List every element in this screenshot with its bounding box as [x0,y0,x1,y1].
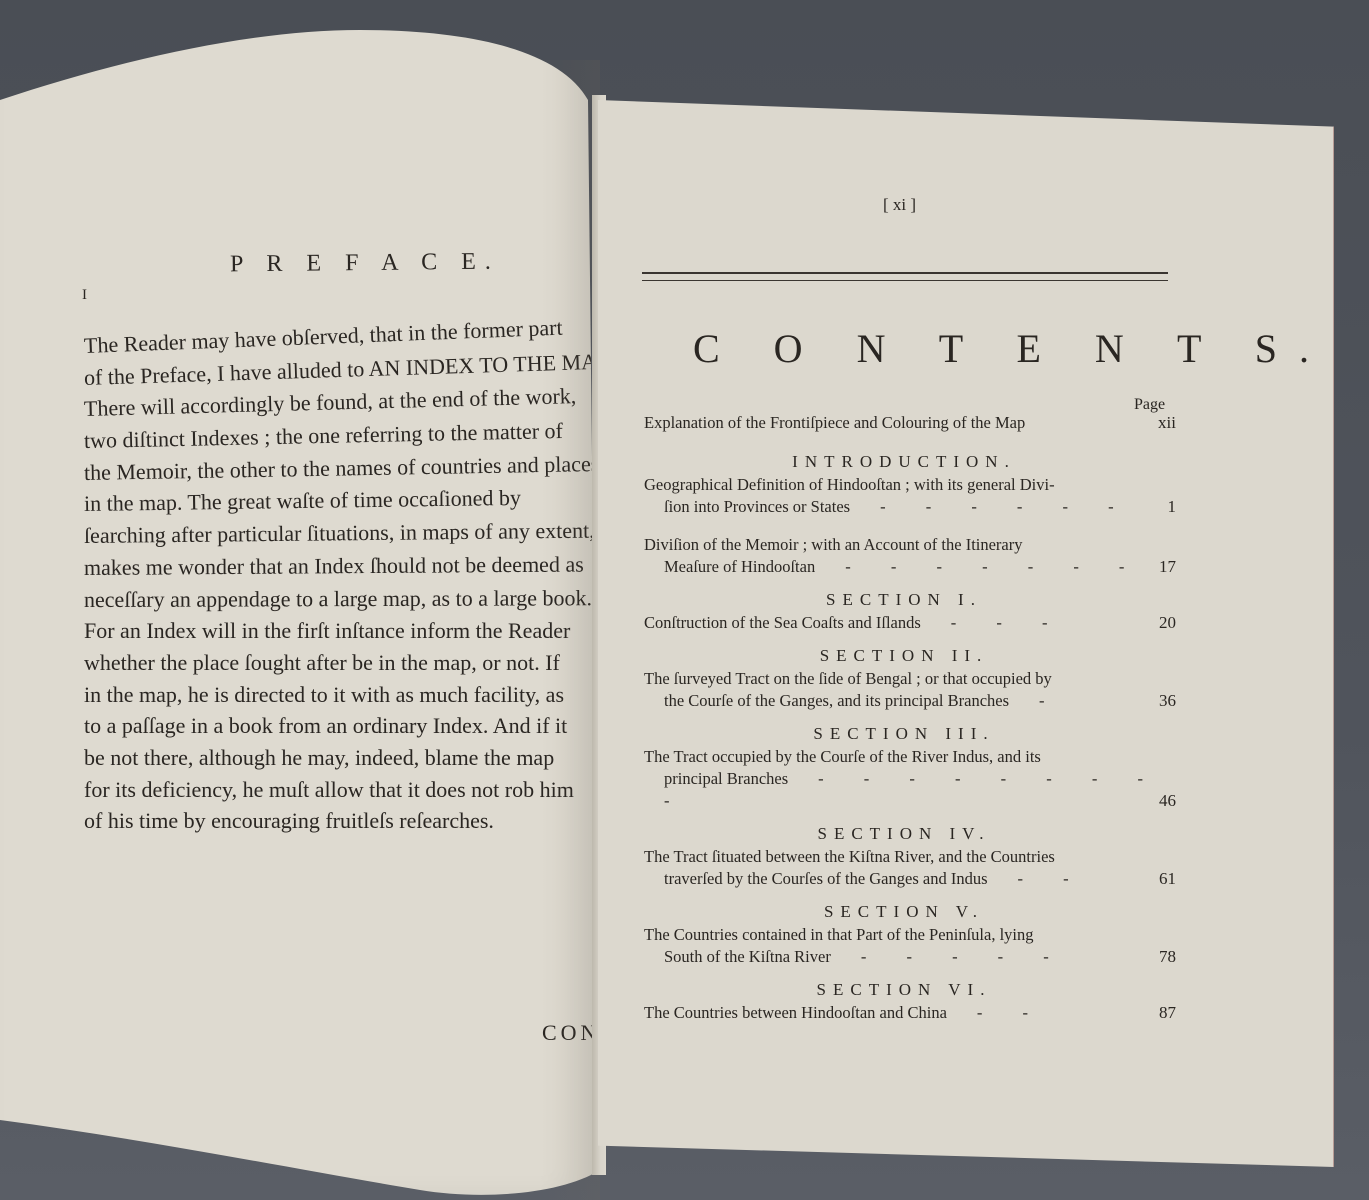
toc-entry: The Countries contained in that Part of … [644,924,1184,968]
toc-entry-line2: Meaſure of Hindooſtan [664,557,815,576]
preface-line: in the map, he is directed to it with as… [84,679,599,711]
leader-dashes: - - - - - - - [815,557,1142,576]
preface-line: makes me wonder that an Index ſhould not… [84,548,599,583]
leader-dashes: - - [988,869,1087,888]
toc-entry-text: Conſtruction of the Sea Coaſts and Iſlan… [644,612,1144,634]
toc-entry: Explanation of the Frontiſpiece and Colo… [644,412,1184,434]
toc-entry-page: 61 [1159,868,1176,890]
toc-entry-text: The Countries between Hindooſtan and Chi… [644,1002,1144,1024]
toc-entry-page: 46 [1159,790,1176,812]
toc-entry: The Countries between Hindooſtan and Chi… [644,1002,1184,1024]
toc-entry: The ſurveyed Tract on the ſide of Bengal… [644,668,1184,712]
toc-entry-text: Diviſion of the Memoir ; with an Account… [644,534,1144,556]
toc-entry-line2: traverſed by the Courſes of the Ganges a… [664,869,988,888]
preface-line: in the map. The great waſte of time occa… [84,481,599,520]
toc-entry-text-continued: Meaſure of Hindooſtan- - - - - - - [644,556,1184,578]
left-page-preface: P R E F A C E. I The Reader may have obſ… [0,0,600,1200]
toc-section-heading: SECTION II. [644,646,1164,666]
preface-line: ſearching after particular ſituations, i… [84,515,599,552]
toc-entry-page: xii [1158,412,1176,434]
toc-entry-text-continued: ſion into Provinces or States- - - - - - [644,496,1184,518]
leader-dashes: - - - - - [831,947,1067,966]
preface-line: of his time by encouraging fruitleſs reſ… [84,805,599,837]
toc-entry-line2: principal Branches [664,769,788,788]
toc-section-heading: INTRODUCTION. [644,452,1164,472]
preface-line: whether the place ſought after be in the… [84,647,599,679]
toc-entry: Conſtruction of the Sea Coaſts and Iſlan… [644,612,1184,634]
toc-entry-line2: ſion into Provinces or States [664,497,850,516]
margin-marker: I [82,287,87,304]
preface-line: to a paſſage in a book from an ordinary … [84,710,599,742]
preface-title: P R E F A C E. [230,249,500,279]
toc-entry-text: Geographical Definition of Hindooſtan ; … [644,474,1144,496]
toc-entry-line1: Conſtruction of the Sea Coaſts and Iſlan… [644,613,921,632]
toc-entry-text-continued: traverſed by the Courſes of the Ganges a… [644,868,1184,890]
toc-entry-line2: the Courſe of the Ganges, and its princi… [664,691,1009,710]
toc-section-heading: SECTION I. [644,590,1164,610]
preface-line: for its deficiency, he muſt allow that i… [84,774,599,806]
double-rule-divider [642,272,1168,281]
toc-section-heading: SECTION IV. [644,824,1164,844]
toc-entry-page: 87 [1159,1002,1176,1024]
preface-line: be not there, although he may, indeed, b… [84,742,599,774]
toc-entry: Geographical Definition of Hindooſtan ; … [644,474,1184,518]
toc-section-heading: SECTION III. [644,724,1164,744]
toc-entry-page: 17 [1159,556,1176,578]
leader-dashes: - - [947,1003,1046,1022]
toc-entry-text-continued: principal Branches- - - - - - - - - [644,768,1184,812]
leader-dashes: - - - - - - [850,497,1132,516]
contents-title: C O N T E N T S. [693,325,1331,372]
toc-entry-text: The Tract occupied by the Courſe of the … [644,746,1144,768]
preface-line: neceſſary an appendage to a large map, a… [84,582,599,615]
toc-entry-text: Explanation of the Frontiſpiece and Colo… [644,412,1144,434]
leader-dashes: - - - [921,613,1066,632]
toc-entry: The Tract ſituated between the Kiſtna Ri… [644,846,1184,890]
toc-section-heading: SECTION VI. [644,980,1164,1000]
toc-entry-page: 1 [1168,496,1177,518]
toc-entry-text-continued: South of the Kiſtna River- - - - - [644,946,1184,968]
toc-entry-page: 36 [1159,690,1176,712]
leader-dashes: - [1009,691,1063,710]
toc-entry-line1: The Countries between Hindooſtan and Chi… [644,1003,947,1022]
toc-entry: The Tract occupied by the Courſe of the … [644,746,1184,812]
toc-entry-text: The ſurveyed Tract on the ſide of Bengal… [644,668,1144,690]
page-number: [ xi ] [883,195,916,215]
toc-entry-text: The Countries contained in that Part of … [644,924,1144,946]
table-of-contents: Explanation of the Frontiſpiece and Colo… [644,412,1184,1024]
toc-entry-page: 78 [1159,946,1176,968]
toc-entry-text: The Tract ſituated between the Kiſtna Ri… [644,846,1144,868]
preface-line: For an Index will in the firſt inſtance … [84,615,599,647]
toc-entry-line2: South of the Kiſtna River [664,947,831,966]
preface-body: The Reader may have obſerved, that in th… [84,330,604,837]
toc-entry-text-continued: the Courſe of the Ganges, and its princi… [644,690,1184,712]
toc-entry-page: 20 [1159,612,1176,634]
toc-section-heading: SECTION V. [644,902,1164,922]
toc-entry: Diviſion of the Memoir ; with an Account… [644,534,1184,578]
